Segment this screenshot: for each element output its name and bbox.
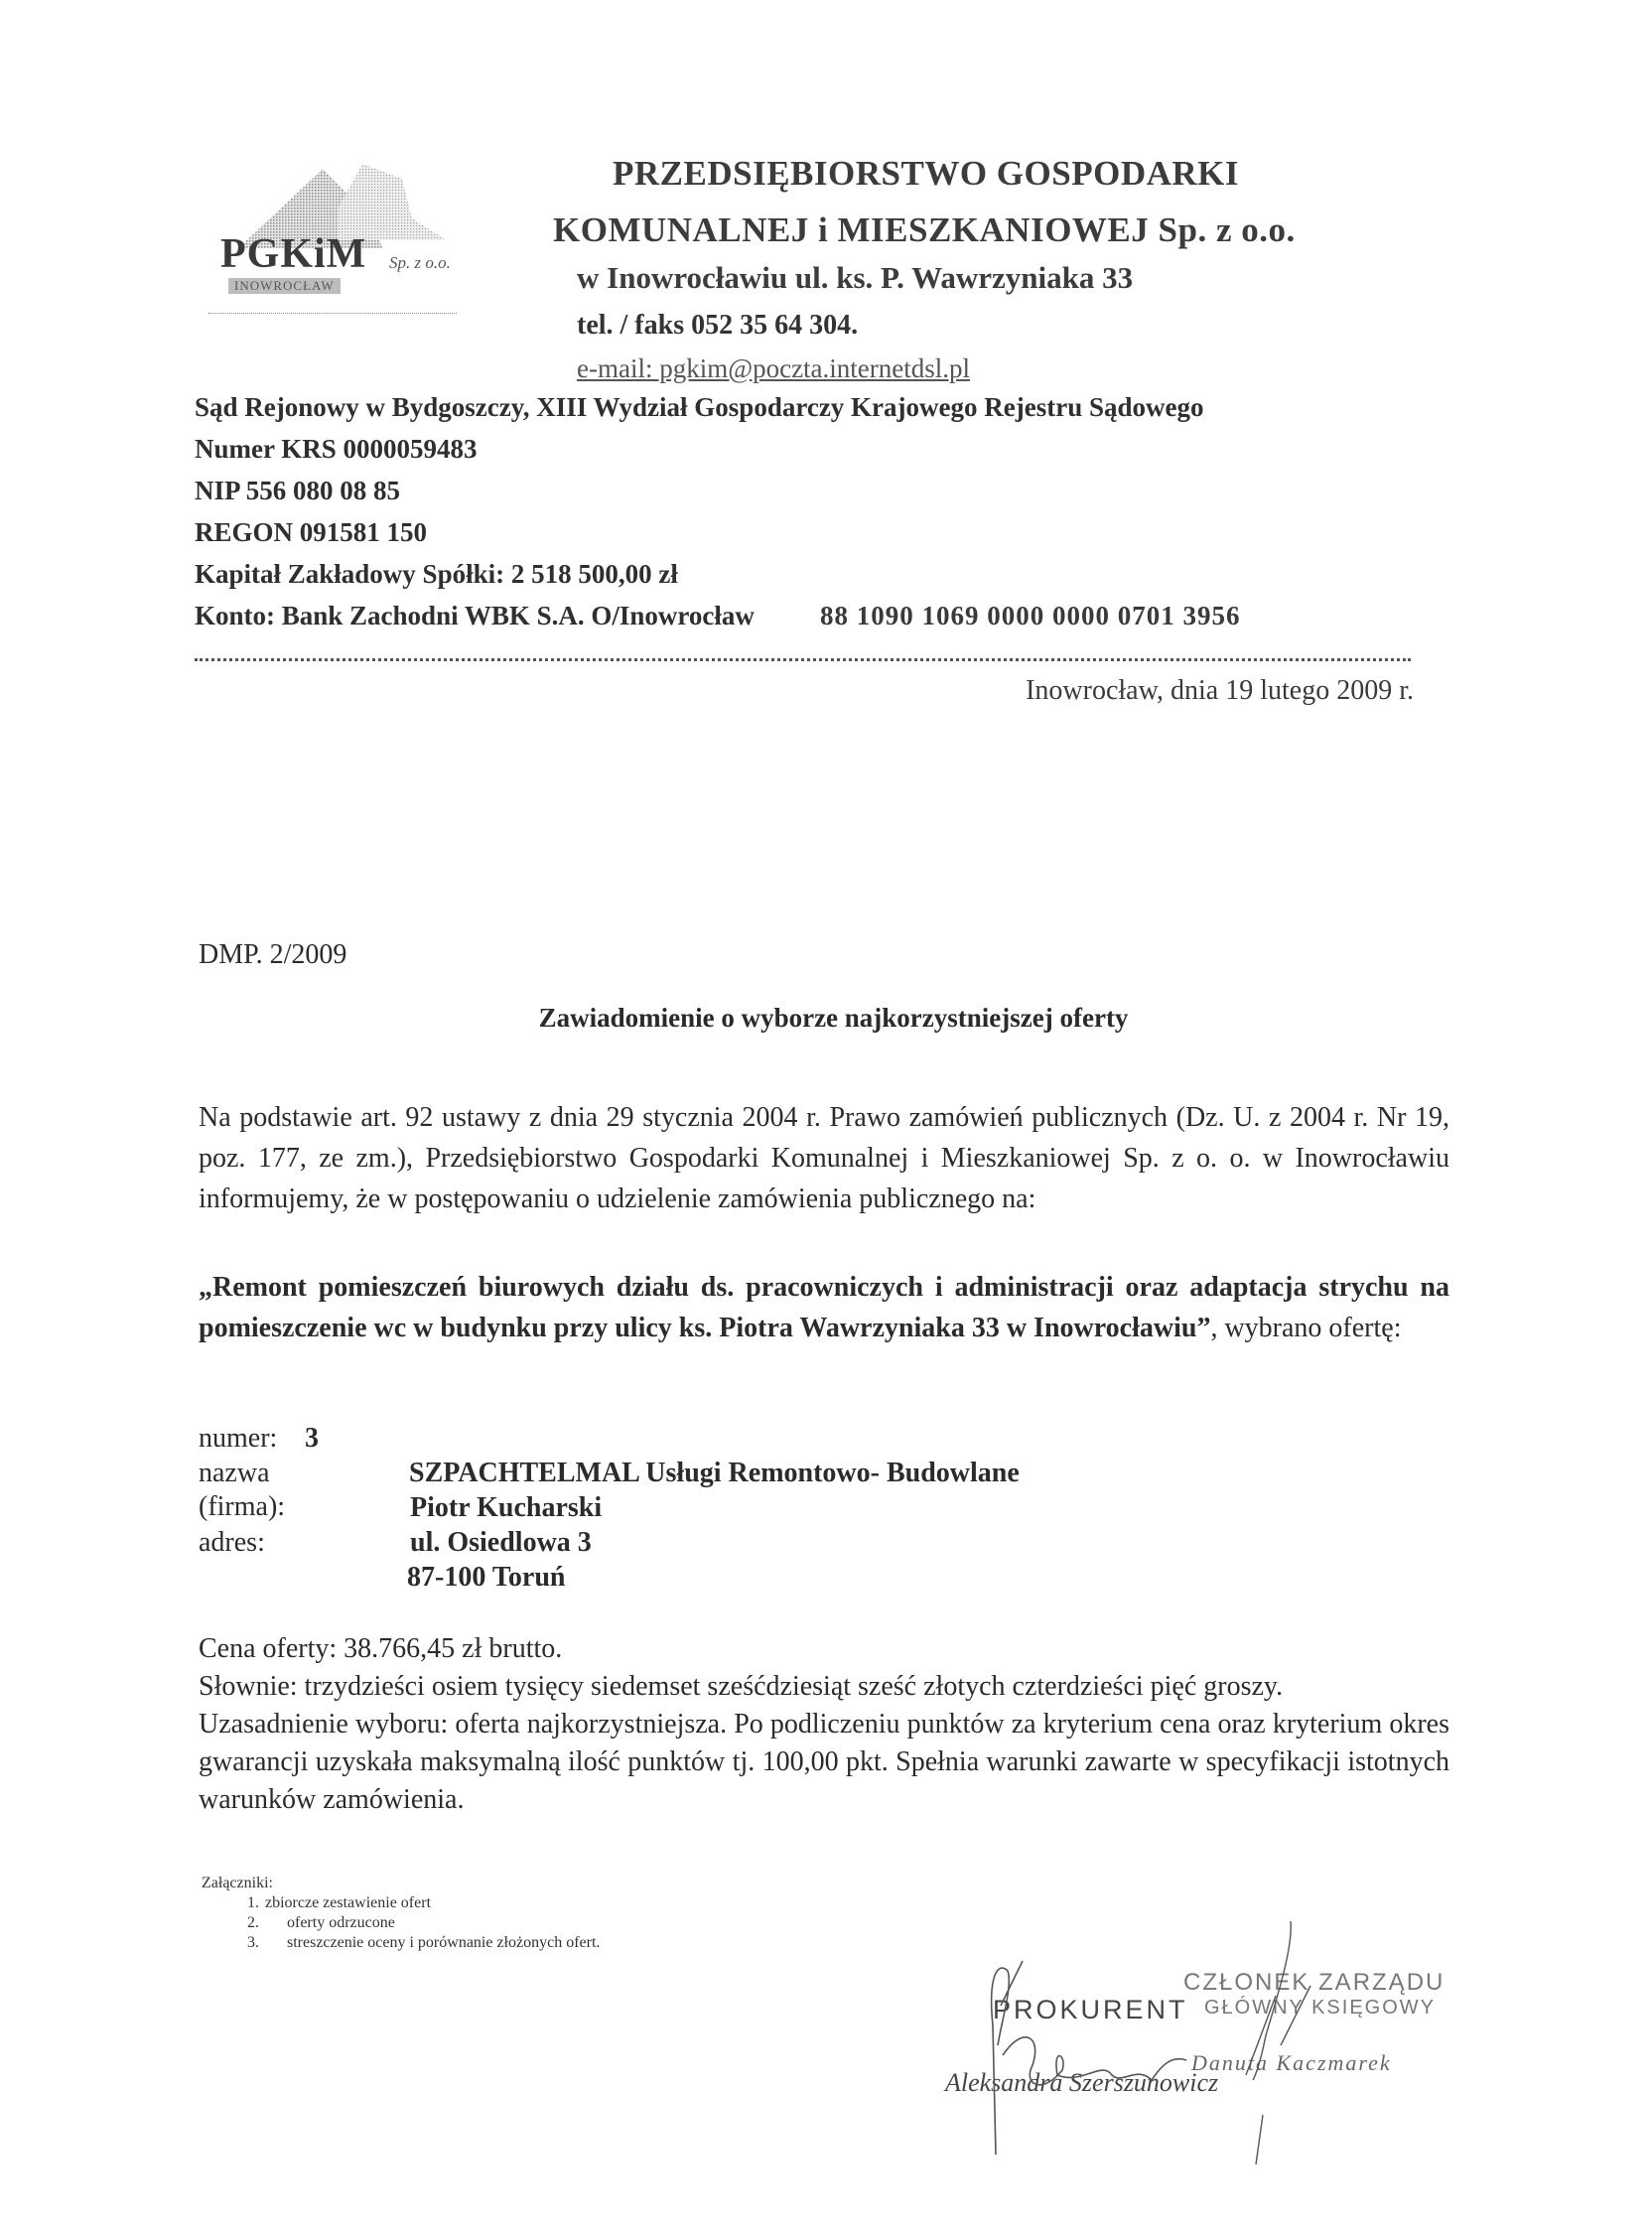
selection-justification: Uzasadnienie wyboru: oferta najkorzystni… <box>199 1706 1449 1819</box>
offer-name-line2: Piotr Kucharski <box>410 1491 602 1525</box>
offer-name-line1: SZPACHTELMAL Usługi Remontowo- Budowlane <box>409 1457 1020 1490</box>
intro-paragraph: Na podstawie art. 92 ustawy z dnia 29 st… <box>199 1097 1449 1219</box>
bank-name: Konto: Bank Zachodni WBK S.A. O/Inowrocł… <box>195 601 755 631</box>
signature-stamp-role-accountant: GŁÓWNY KSIĘGOWY <box>1204 1997 1436 2020</box>
signature-stamp-name-board: Danuta Kaczmarek <box>1191 2050 1392 2076</box>
logo-name: PGKiM <box>220 230 366 278</box>
attachments-label: Załączniki: <box>202 1874 273 1893</box>
attachment-item: 2. oferty odrzucone <box>202 1913 273 1933</box>
bank-account-number: 88 1090 1069 0000 0000 0701 3956 <box>820 601 1241 631</box>
offer-number: 3 <box>305 1422 319 1456</box>
price-section: Cena oferty: 38.766,45 zł brutto. Słowni… <box>199 1630 1449 1819</box>
signature-stamp-role-prokurent: PROKURENT <box>993 1995 1188 2025</box>
regon-number: REGON 091581 150 <box>195 517 427 548</box>
date-line: Inowrocław, dnia 19 lutego 2009 r. <box>1026 675 1414 707</box>
signature-stamp-name-prokurent: Aleksandra Szerszunowicz <box>945 2068 1218 2098</box>
offer-address-line1: ul. Osiedlowa 3 <box>410 1526 592 1560</box>
offer-address-line2: 87-100 Toruń <box>407 1561 566 1595</box>
attachment-item: 3. streszczenie oceny i porównanie złożo… <box>202 1933 273 1953</box>
company-email-link[interactable]: e-mail: pgkim@poczta.internetdsl.pl <box>577 353 970 384</box>
reference-number: DMP. 2/2009 <box>199 939 346 971</box>
court-registry: Sąd Rejonowy w Bydgoszczy, XIII Wydział … <box>195 392 1203 423</box>
header-divider <box>195 658 1411 661</box>
company-name-line1: PRZEDSIĘBIORSTWO GOSPODARKI <box>613 154 1239 194</box>
company-logo: PGKiM Sp. z o.o. INOWROCŁAW <box>199 139 467 313</box>
document-title: Zawiadomienie o wyborze najkorzystniejsz… <box>0 1003 1652 1034</box>
offer-name-label: nazwa (firma): <box>199 1457 285 1524</box>
logo-suffix: Sp. z o.o. <box>389 253 451 273</box>
nip-number: NIP 556 080 08 85 <box>195 476 400 506</box>
attachment-item: 1. zbiorcze zestawienie ofert <box>202 1893 273 1913</box>
company-address: w Inowrocławiu ul. ks. P. Wawrzyniaka 33 <box>577 260 1133 296</box>
logo-rule <box>208 313 457 314</box>
company-name-line2: KOMUNALNEJ i MIESZKANIOWEJ Sp. z o.o. <box>553 210 1296 250</box>
offer-address-label: adres: <box>199 1526 265 1560</box>
offer-price-words: Słownie: trzydzieści osiem tysięcy siede… <box>199 1668 1449 1706</box>
offer-number-label: numer: <box>199 1422 277 1456</box>
krs-number: Numer KRS 0000059483 <box>195 434 478 465</box>
share-capital: Kapitał Zakładowy Spółki: 2 518 500,00 z… <box>195 559 678 590</box>
subject-rest: , wybrano ofertę: <box>1210 1313 1401 1343</box>
subject-paragraph: „Remont pomieszczeń biurowych działu ds.… <box>199 1267 1449 1348</box>
offer-price: Cena oferty: 38.766,45 zł brutto. <box>199 1630 1449 1668</box>
logo-city: INOWROCŁAW <box>228 278 341 294</box>
attachments-list: Załączniki: 1. zbiorcze zestawienie ofer… <box>202 1874 273 1953</box>
signature-stamp-role-board: CZŁONEK ZARZĄDU <box>1183 1969 1445 1997</box>
company-phone: tel. / faks 052 35 64 304. <box>577 310 858 342</box>
